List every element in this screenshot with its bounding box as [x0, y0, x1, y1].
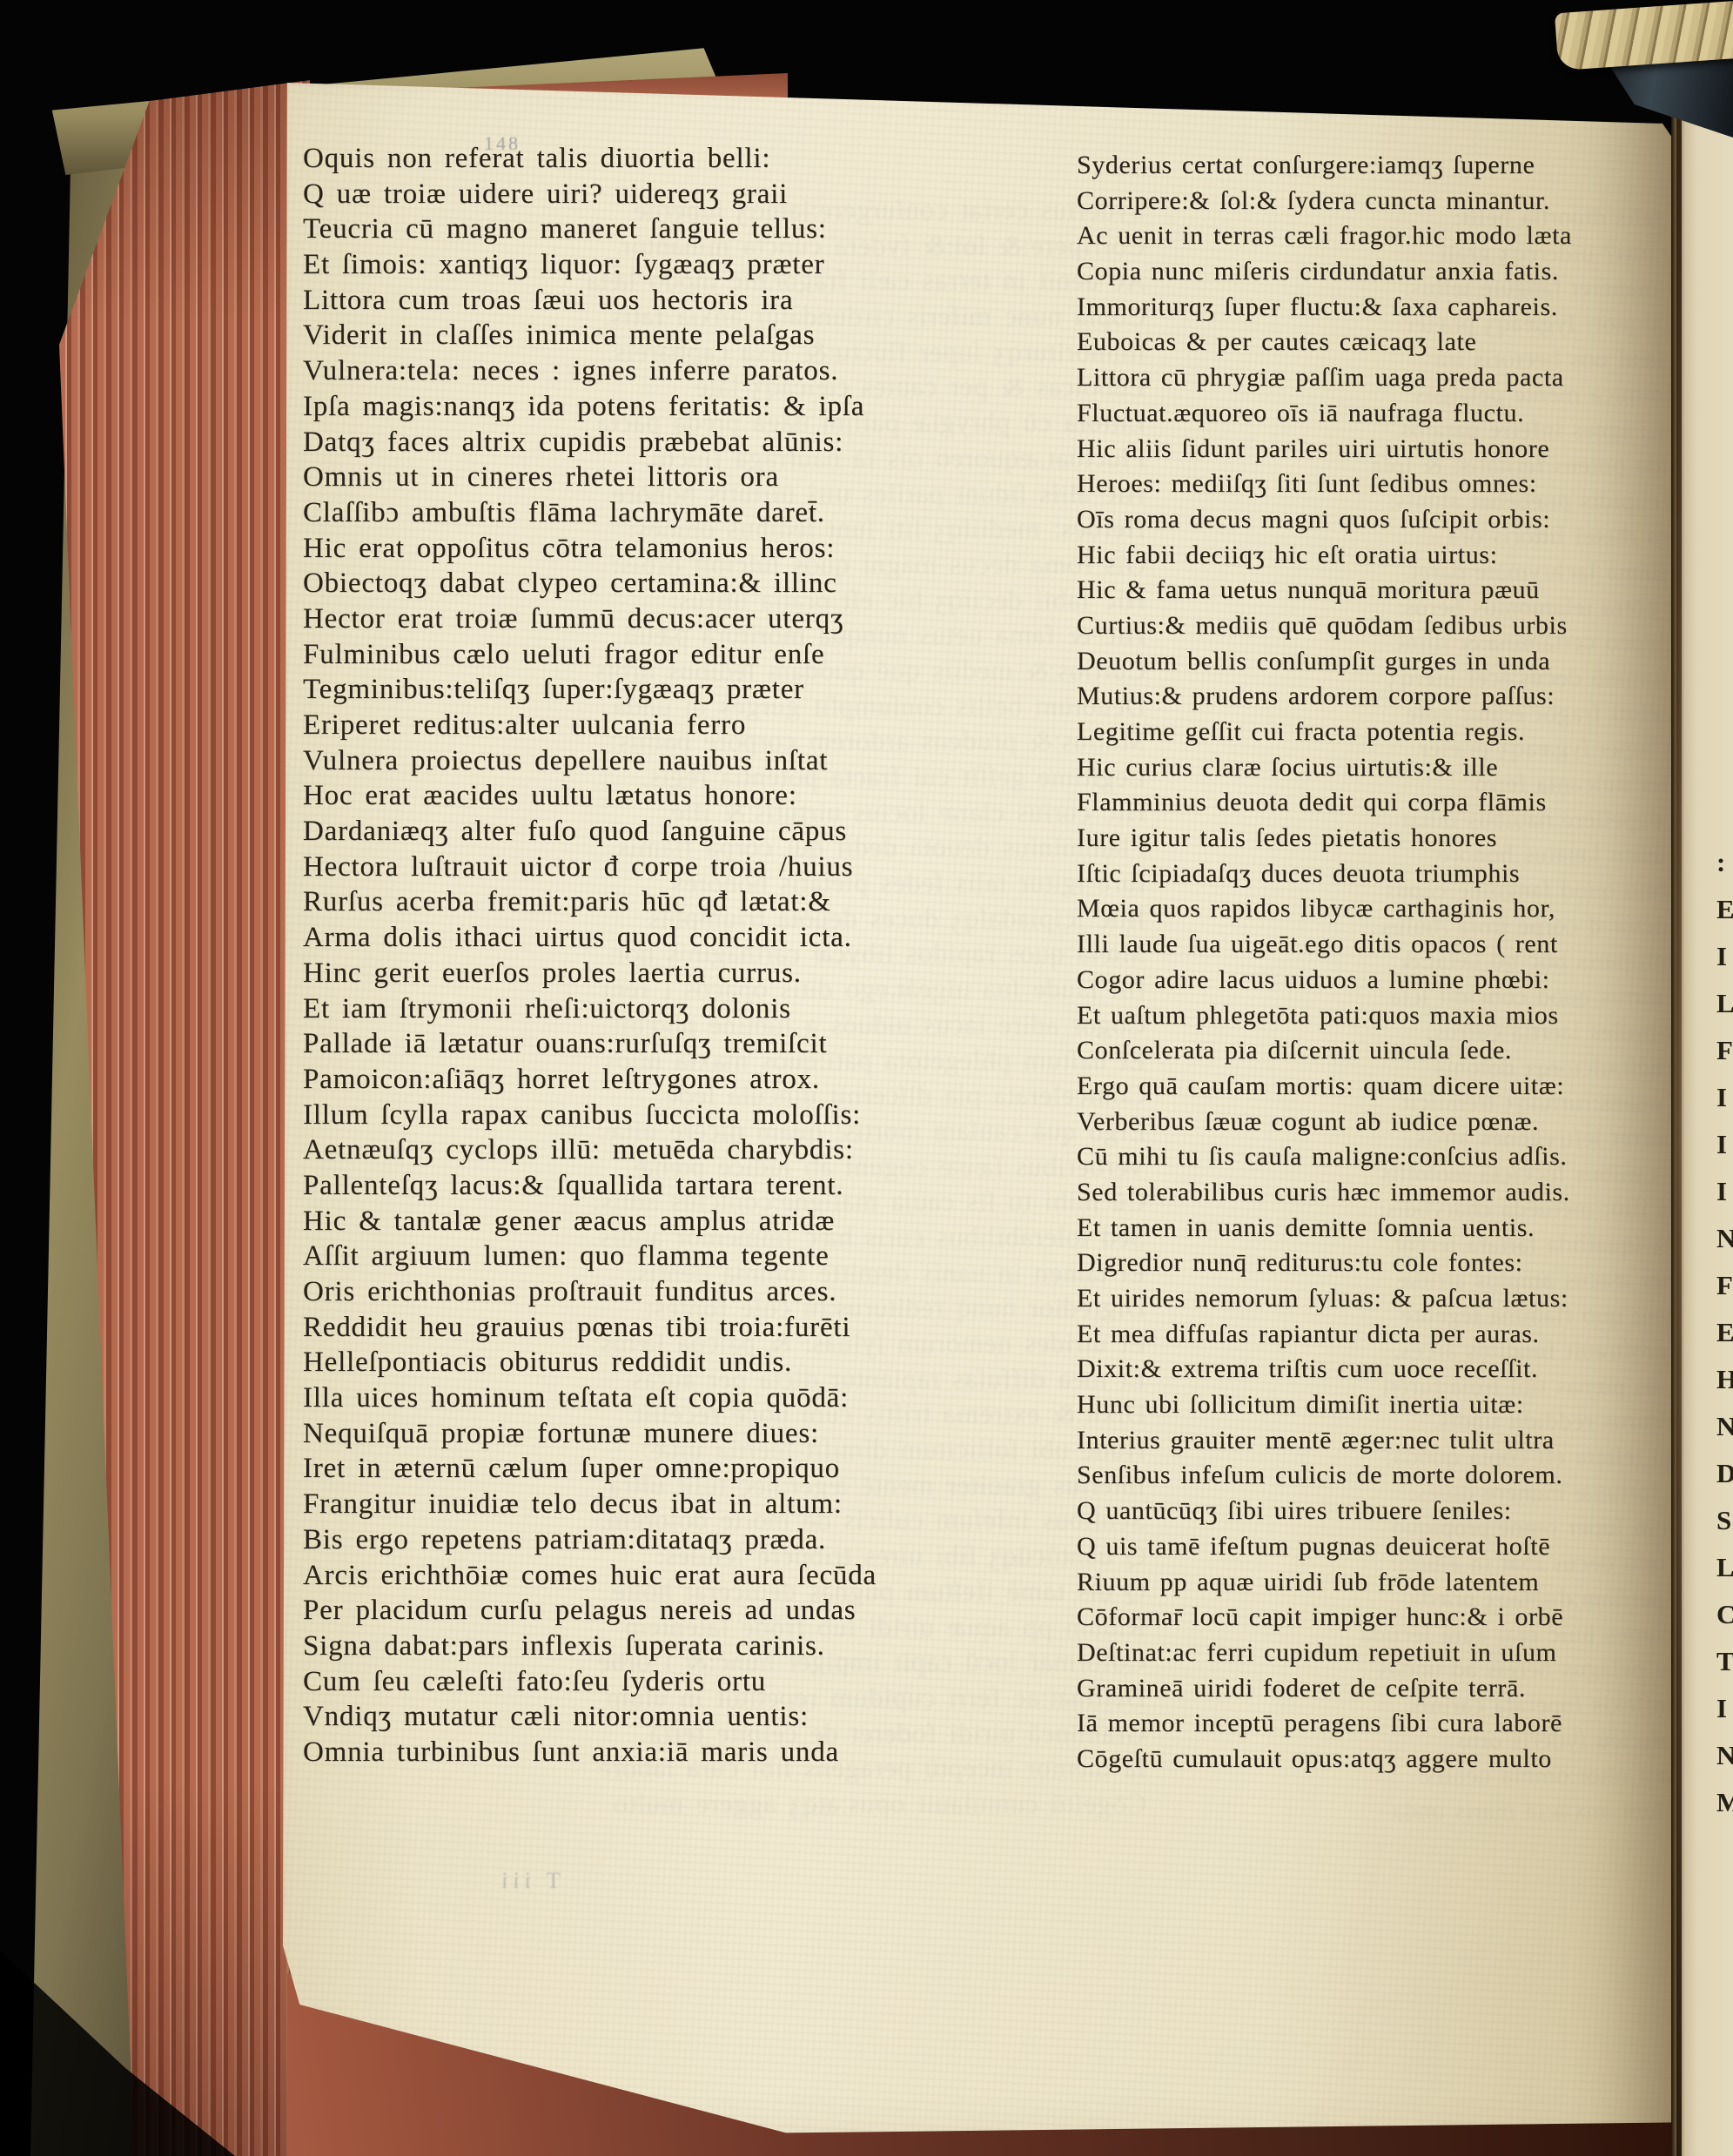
letter-fragment: I [1716, 933, 1733, 980]
verse-line: Copia nunc miſeris cirdundatur anxia fat… [1077, 254, 1572, 290]
letter-fragment: H [1716, 1356, 1733, 1403]
verse-line: Sed tolerabilibus curis hæc immemor audi… [1077, 1175, 1572, 1211]
verse-line: Pallade iā lætatur ouans:rurſuſqʒ tremiſ… [303, 1026, 877, 1062]
verse-line: Pamoicon:aſiāqʒ horret leſtrygones atrox… [303, 1062, 877, 1098]
verse-line: Conſcelerata pia diſcernit uincula ſede. [1077, 1033, 1572, 1069]
headband [1555, 1, 1733, 71]
verse-line: Dardaniæqʒ alter fuſo quod ſanguine cāpu… [303, 814, 877, 850]
letter-fragment: : [1716, 839, 1733, 886]
verse-line: Hic & fama uetus nunquā moritura pæuū [1077, 573, 1572, 608]
verse-line: Arma dolis ithaci uirtus quod concidit i… [303, 920, 877, 956]
verse-line: Omnia turbinibus ſunt anxia:iā maris und… [303, 1735, 877, 1770]
letter-fragment: I [1716, 1121, 1733, 1168]
letter-fragment: T [1716, 1638, 1733, 1685]
verse-line: Claſſibɔ ambuſtis flāma lachrymāte daret… [303, 495, 877, 531]
verse-line: Cū mihi tu ſis cauſa maligne:conſcius ad… [1077, 1139, 1572, 1175]
verse-line: Nequiſquā propiæ fortunæ munere diues: [303, 1416, 877, 1452]
verse-line: Ergo quā cauſam mortis: quam dicere uitæ… [1077, 1069, 1572, 1105]
verse-line: Iure igitur talis ſedes pietatis honores [1077, 821, 1572, 856]
letter-fragment: I [1716, 1685, 1733, 1732]
verse-line: Et ſimois: xantiqʒ liquor: ſygæaqʒ præte… [303, 247, 877, 283]
verse-line: Et iam ſtrymonii rheſi:uictorqʒ dolonis [303, 991, 877, 1027]
verse-line: Cōformar̄ locū capit impiger hunc:& i or… [1077, 1600, 1572, 1635]
verse-line: Viderit in claſſes inimica mente pelaſga… [303, 318, 877, 353]
verse-line: Senſibus infeſum culicis de morte dolore… [1077, 1458, 1572, 1494]
verse-line: Reddidit heu grauius pœnas tibi troia:fu… [303, 1310, 877, 1346]
verse-line: Fulminibus cælo ueluti fragor editur enſ… [303, 637, 877, 673]
verse-line: Euboicas & per cautes cæicaqʒ late [1077, 325, 1572, 360]
verse-line: Riuum pp aquæ uiridi ſub frōde latentem [1077, 1565, 1572, 1601]
verse-line: Bis ergo repetens patriam:ditataqʒ præda… [303, 1522, 877, 1558]
letter-fragment: L [1716, 980, 1733, 1027]
verse-line: Gramineā uiridi foderet de ceſpite terrā… [1077, 1671, 1572, 1707]
verse-line: Et uaſtum phlegetōta pati:quos maxia mio… [1077, 998, 1572, 1034]
verse-line: Ac uenit in terras cæli fragor.hic modo … [1077, 218, 1572, 254]
letter-fragment: F [1716, 1262, 1733, 1309]
verse-line: Fluctuat.æquoreo oīs iā naufraga fluctu. [1077, 396, 1572, 432]
verse-line: Hic fabii deciiqʒ hic eſt oratia uirtus: [1077, 538, 1572, 574]
facing-page-line-fragments: :EILFIIINFEHNDSLCTINM [1716, 839, 1733, 1826]
verse-line: Iret in æternū cælum ſuper omne:propiquo [303, 1451, 877, 1487]
verse-line: Syderius certat conſurgere:iamqʒ ſuperne [1077, 148, 1572, 184]
verse-line: Digredior nunq̄ rediturus:tu cole fontes… [1077, 1246, 1572, 1281]
verse-line: Per placidum curſu pelagus nereis ad und… [303, 1593, 877, 1629]
verse-line: Corripere:& ſol:& ſydera cuncta minantur… [1077, 184, 1572, 219]
verse-line: Hic aliis ſidunt pariles uiri uirtutis h… [1077, 432, 1572, 467]
verse-line: Deſtinat:ac ferri cupidum repetiuit in u… [1077, 1635, 1572, 1671]
bleed-line: Cōgeſtū cumulauit opus:atqʒ aggere multo [586, 1787, 1146, 1823]
verse-line: Oīs roma decus magni quos ſuſcipit orbis… [1077, 502, 1572, 538]
letter-fragment: N [1716, 1403, 1733, 1450]
letter-fragment: I [1716, 1074, 1733, 1121]
verse-line: Q uæ troiæ uidere uiri? uidereqʒ graii [303, 177, 877, 212]
verse-line: Et mea diffuſas rapiantur dicta per aura… [1077, 1317, 1572, 1353]
verse-line: Illa uices hominum teſtata eſt copia quō… [303, 1380, 877, 1416]
verse-line: Eriperet reditus:alter uulcania ferro [303, 708, 877, 743]
gutter-crease [1676, 80, 1682, 2156]
verse-line: Hectora luſtrauit uictor đ corpe troia /… [303, 850, 877, 885]
letter-fragment: D [1716, 1450, 1733, 1497]
verse-line: Legitime geſſit cui fracta potentia regi… [1077, 715, 1572, 750]
verse-line: Rurſus acerba fremit:paris hūc qđ lætat:… [303, 884, 877, 920]
book-photo: Syderius certat conſurgere:iamqʒ ſuperne… [0, 0, 1733, 2156]
letter-fragment: L [1716, 1544, 1733, 1591]
verse-line: Teucria cū magno maneret ſanguie tellus: [303, 212, 877, 247]
letter-fragment: C [1716, 1591, 1733, 1638]
letter-fragment: E [1716, 1309, 1733, 1356]
verse-line: Et tamen in uanis demitte ſomnia uentis. [1077, 1211, 1572, 1246]
letter-fragment: N [1716, 1732, 1733, 1779]
signature-mark-bleedthrough: T iii [496, 1868, 561, 1894]
verse-line: Littora cū phrygiæ paſſim uaga preda pac… [1077, 360, 1572, 396]
verse-line: Mutius:& prudens ardorem corpore paſſus: [1077, 679, 1572, 715]
verse-line: Cum ſeu cæleſti fato:ſeu ſyderis ortu [303, 1664, 877, 1700]
verse-line: Aſſit argiuum lumen: quo flamma tegente [303, 1239, 877, 1274]
verse-line: Curtius:& mediis quē quōdam ſedibus urbi… [1077, 608, 1572, 644]
left-text-column: Oquis non referat talis diuortia belli:Q… [303, 141, 877, 1770]
verse-line: Hector erat troiæ ſummū decus:acer uterq… [303, 601, 877, 637]
verse-line: Frangitur inuidiæ telo decus ibat in alt… [303, 1487, 877, 1522]
verse-line: Cōgeſtū cumulauit opus:atqʒ aggere multo [1077, 1742, 1572, 1777]
verse-line: Tegminibus:teliſqʒ ſuper:ſygæaqʒ præter [303, 672, 877, 708]
verse-line: Vndiqʒ mutatur cæli nitor:omnia uentis: [303, 1699, 877, 1735]
verse-line: Interius grauiter mentē æger:nec tulit u… [1077, 1423, 1572, 1459]
letter-fragment: S [1716, 1497, 1733, 1544]
verse-line: Datqʒ faces altrix cupidis præbebat alūn… [303, 425, 877, 460]
verse-line: Oris erichthonias proſtrauit funditus ar… [303, 1274, 877, 1310]
verse-line: Et uirides nemorum ſyluas: & paſcua lætu… [1077, 1281, 1572, 1317]
verse-line: Cogor adire lacus uiduos a lumine phœbi: [1077, 963, 1572, 998]
verse-line: Vulnera:tela: neces : ignes inferre para… [303, 353, 877, 389]
verse-line: Iſtic ſcipiadaſqʒ duces deuota triumphis [1077, 856, 1572, 892]
verse-line: Obiectoqʒ dabat clypeo certamina:& illin… [303, 566, 877, 601]
facing-page-sliver: :EILFIIINFEHNDSLCTINM [1671, 80, 1733, 2156]
verse-line: Aetnæuſqʒ cyclops illū: metuēda charybdi… [303, 1132, 877, 1168]
verse-line: Immoriturqʒ ſuper fluctu:& ſaxa capharei… [1077, 290, 1572, 326]
verse-line: Illum ſcylla rapax canibus ſuccicta molo… [303, 1098, 877, 1133]
verse-line: Flamminius deuota dedit qui corpa flāmis [1077, 785, 1572, 821]
verse-line: Q uantūcūqʒ ſibi uires tribuere ſeniles: [1077, 1494, 1572, 1529]
verse-line: Heroes: mediiſqʒ ſiti ſunt ſedibus omnes… [1077, 467, 1572, 502]
verse-line: Arcis erichthōiæ comes huic erat aura ſe… [303, 1558, 877, 1594]
verse-line: Pallenteſqʒ lacus:& ſquallida tartara te… [303, 1168, 877, 1204]
letter-fragment: E [1716, 886, 1733, 933]
verse-line: Dixit:& extrema triſtis cum uoce receſſi… [1077, 1352, 1572, 1387]
verse-line: Signa dabat:pars inflexis ſuperata carin… [303, 1629, 877, 1664]
verse-line: Hic curius claræ ſocius uirtutis:& ille [1077, 750, 1572, 786]
letter-fragment: F [1716, 1027, 1733, 1074]
verse-line: Illi laude ſua uigeāt.ego ditis opacos (… [1077, 927, 1572, 963]
verse-line: Verberibus ſæuæ cogunt ab iudice pœnæ. [1077, 1105, 1572, 1140]
right-text-column: Syderius certat conſurgere:iamqʒ ſuperne… [1077, 148, 1572, 1777]
letter-fragment: I [1716, 1168, 1733, 1215]
verse-line: Helleſpontiacis obiturus reddidit undis. [303, 1345, 877, 1380]
letter-fragment: M [1716, 1779, 1733, 1826]
verse-line: Deuotum bellis conſumpſit gurges in unda [1077, 644, 1572, 680]
verse-line: Hic erat oppoſitus cōtra telamonius hero… [303, 531, 877, 567]
verse-line: Hinc gerit euerſos proles laertia currus… [303, 956, 877, 991]
verse-line: Omnis ut in cineres rhetei littoris ora [303, 460, 877, 495]
verse-line: Littora cum troas ſæui uos hectoris ira [303, 283, 877, 319]
verse-line: Oquis non referat talis diuortia belli: [303, 141, 877, 177]
verse-line: Vulnera proiectus depellere nauibus inſt… [303, 743, 877, 779]
verse-line: Hunc ubi ſollicitum dimiſit inertia uitæ… [1077, 1387, 1572, 1423]
verse-line: Mœia quos rapidos libycæ carthaginis hor… [1077, 891, 1572, 927]
verse-line: Hic & tantalæ gener æacus amplus atridæ [303, 1204, 877, 1239]
verse-line: Hoc erat æacides uultu lætatus honore: [303, 778, 877, 814]
letter-fragment: N [1716, 1215, 1733, 1262]
verse-line: Iā memor inceptū peragens ſibi cura labo… [1077, 1706, 1572, 1742]
verse-line: Ipſa magis:nanqʒ ida potens feritatis: &… [303, 389, 877, 425]
verse-line: Q uis tamē ifeſtum pugnas deuicerat hoſt… [1077, 1529, 1572, 1565]
